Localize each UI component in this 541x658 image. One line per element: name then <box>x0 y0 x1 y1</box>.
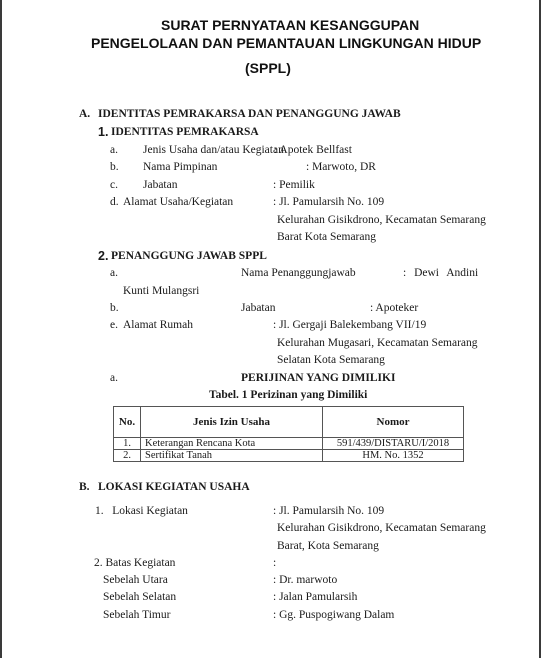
section-b-letter: B. <box>79 481 90 493</box>
sub2-item-e-label: Alamat Rumah <box>123 319 193 331</box>
batas-utara-value: : Dr. marwoto <box>273 574 337 586</box>
table-cell-no: 1. <box>114 438 141 450</box>
sub2-item-b-value: : Apoteker <box>370 302 418 314</box>
perijinan-heading: PERIJINAN YANG DIMILIKI <box>241 372 395 384</box>
title-line-1: SURAT PERNYATAAN KESANGGUPAN <box>161 17 419 33</box>
sub2-item-b-marker: b. <box>110 302 119 314</box>
sub2-number: 2. <box>98 249 108 263</box>
sub2-item-a-marker: a. <box>110 267 118 279</box>
sub1-item-b-marker: b. <box>110 161 119 173</box>
table-row: 2. Sertifikat Tanah HM. No. 1352 <box>114 450 464 462</box>
batas-selatan-label: Sebelah Selatan <box>103 591 176 603</box>
window-edge-left <box>0 0 2 658</box>
lokasi-label: 1. Lokasi Kegiatan <box>95 505 188 517</box>
lokasi-value: : Jl. Pamularsih No. 109 <box>273 505 384 517</box>
sub1-item-d-label: Alamat Usaha/Kegiatan <box>123 196 233 208</box>
section-a-heading: IDENTITAS PEMRAKARSA DAN PENANGGUNG JAWA… <box>98 108 401 120</box>
table-cell-jenis: Sertifikat Tanah <box>141 450 323 462</box>
sub1-item-c-value: : Pemilik <box>273 179 315 191</box>
sub1-item-b-label: Nama Pimpinan <box>143 161 217 173</box>
table-cell-jenis: Keterangan Rencana Kota <box>141 438 323 450</box>
batas-label: 2. Batas Kegiatan <box>94 557 175 569</box>
sub1-item-d-value: : Jl. Pamularsih No. 109 <box>273 196 384 208</box>
sub1-item-d-value-line2: Kelurahan Gisikdrono, Kecamatan Semarang <box>277 214 473 226</box>
sub1-item-d-marker: d. <box>110 196 119 208</box>
section-b-heading: LOKASI KEGIATAN USAHA <box>98 481 250 493</box>
sub1-item-c-label: Jabatan <box>143 179 177 191</box>
sub1-item-d-value-line3: Barat Kota Semarang <box>277 231 376 243</box>
sub1-item-c-marker: c. <box>110 179 118 191</box>
lokasi-value-line2: Kelurahan Gisikdrono, Kecamatan Semarang <box>277 522 473 534</box>
table-caption: Tabel. 1 Perizinan yang Dimiliki <box>209 389 367 401</box>
table-header-row: No. Jenis Izin Usaha Nomor <box>114 407 464 438</box>
sub2-item-e-value-line3: Selatan Kota Semarang <box>277 354 385 366</box>
sub2-heading: PENANGGUNG JAWAB SPPL <box>111 250 267 262</box>
table-cell-no: 2. <box>114 450 141 462</box>
sub1-item-a-label: Jenis Usaha dan/atau Kegiatan <box>143 144 284 156</box>
lokasi-value-line3: Barat, Kota Semarang <box>277 540 379 552</box>
batas-timur-label: Sebelah Timur <box>103 609 170 621</box>
sub1-item-a-marker: a. <box>110 144 118 156</box>
table-header-jenis: Jenis Izin Usaha <box>141 407 323 438</box>
sub2-item-a-label: Nama Penanggungjawab <box>241 267 356 279</box>
sub1-item-b-value: : Marwoto, DR <box>306 161 376 173</box>
table-row: 1. Keterangan Rencana Kota 591/439/DISTA… <box>114 438 464 450</box>
table-header-no: No. <box>114 407 141 438</box>
table-cell-nomor: HM. No. 1352 <box>323 450 464 462</box>
title-line-3: (SPPL) <box>245 60 291 76</box>
sub2-item-a-value: : Dewi Andini <box>403 267 478 279</box>
sub1-item-a-value: : Apotek Bellfast <box>274 144 352 156</box>
perijinan-marker: a. <box>110 372 118 384</box>
sub2-item-b-label: Jabatan <box>241 302 275 314</box>
batas-selatan-value: : Jalan Pamularsih <box>273 591 357 603</box>
sub2-item-e-value-line2: Kelurahan Mugasari, Kecamatan Semarang <box>277 337 473 349</box>
batas-utara-label: Sebelah Utara <box>103 574 168 586</box>
sub2-item-e-value: : Jl. Gergaji Balekembang VII/19 <box>273 319 426 331</box>
sub1-number: 1. <box>98 125 108 139</box>
section-a-letter: A. <box>79 108 90 120</box>
perizinan-table: No. Jenis Izin Usaha Nomor 1. Keterangan… <box>113 406 464 462</box>
title-line-2: PENGELOLAAN DAN PEMANTAUAN LINGKUNGAN HI… <box>91 35 481 51</box>
sub2-item-e-marker: e. <box>110 319 118 331</box>
batas-timur-value: : Gg. Puspogiwang Dalam <box>273 609 394 621</box>
sub1-heading: IDENTITAS PEMRAKARSA <box>111 126 259 138</box>
sub2-item-a-value-line2: Kunti Mulangsri <box>123 285 199 297</box>
table-header-nomor: Nomor <box>323 407 464 438</box>
table-cell-nomor: 591/439/DISTARU/I/2018 <box>323 438 464 450</box>
batas-value: : <box>273 557 276 569</box>
